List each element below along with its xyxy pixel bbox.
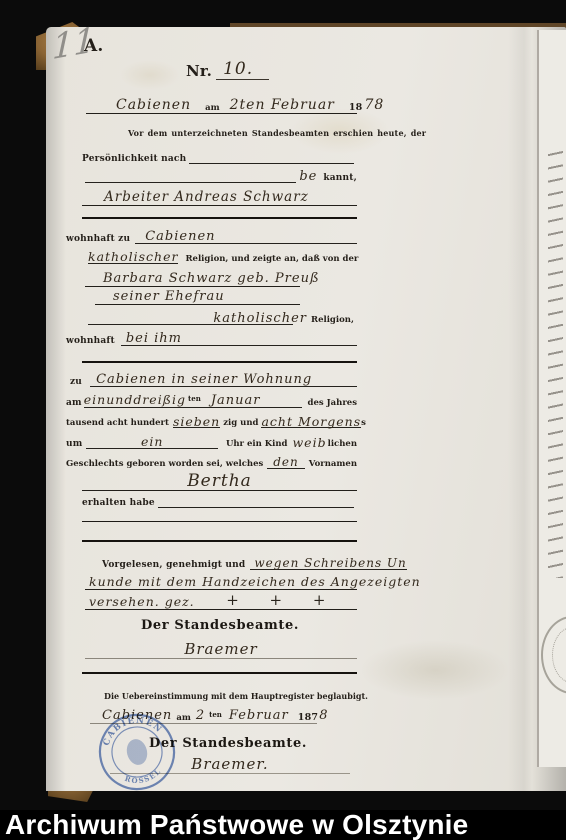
- residence2-handwriting: bei ihm: [126, 331, 182, 346]
- mother-relation-handwriting: seiner Ehefrau: [113, 289, 225, 304]
- certify-ten-printed: ten: [209, 710, 222, 719]
- residence-handwriting: Cabienen: [145, 229, 215, 244]
- year-suffix-printed: s: [361, 418, 366, 428]
- registrar-signature: Braemer: [184, 640, 257, 658]
- officer-title: Der Standesbeamte.: [141, 618, 299, 633]
- religion2-printed: Religion,: [311, 315, 354, 325]
- gender-suffix-printed: lichen: [328, 439, 357, 449]
- time-rule: ein: [86, 434, 217, 449]
- intro-line: Vor dem unterzeichneten Standesbeamten e…: [128, 128, 426, 138]
- closing-line-3: versehen. gez. + + +: [85, 591, 357, 610]
- certification-line: Die Uebereinstimmung mit dem Hauptregist…: [104, 691, 368, 701]
- signature1-line: Braemer: [85, 638, 357, 659]
- blank-rule: [85, 180, 296, 183]
- residence2-line: wohnhaft bei ihm: [66, 328, 357, 346]
- mother-relation-line: seiner Ehefrau: [95, 287, 300, 305]
- certify-year-handwriting: 8: [319, 708, 328, 723]
- am-printed: am: [205, 103, 220, 113]
- mother-handwriting: Barbara Schwarz geb. Preuß: [103, 271, 320, 286]
- blank-rule-thick: [82, 361, 357, 363]
- closing1-handwriting: wegen Schreibens Un: [254, 556, 406, 570]
- zig-und-printed: zig und: [223, 418, 258, 428]
- residence2-label: wohnhaft: [66, 336, 115, 346]
- birth-date-line: am einunddreißig ten Januar des Jahres: [66, 389, 357, 408]
- ten-printed: ten: [188, 394, 201, 403]
- year-handwriting: 78: [364, 97, 384, 113]
- certify-day-handwriting: 2: [196, 708, 205, 723]
- year-decade-rule: sieben: [173, 414, 220, 428]
- religion1-handwriting: katholischer: [88, 249, 178, 264]
- residence-label: wohnhaft zu: [66, 234, 130, 244]
- page-stain: [120, 60, 180, 90]
- closing1-rule: wegen Schreibens Un: [250, 556, 406, 570]
- record-number: 10.: [216, 59, 269, 80]
- stamp-eagle-emblem: [124, 737, 150, 767]
- section-letter: A.: [84, 36, 104, 56]
- certify-printed: Die Uebereinstimmung mit dem Hauptregist…: [104, 691, 368, 701]
- erhalten-printed: erhalten habe: [82, 498, 155, 508]
- birth-place-line: zu Cabienen in seiner Wohnung: [70, 368, 357, 387]
- religion2-line: katholischer Religion,: [88, 307, 357, 325]
- um-printed: um: [66, 439, 82, 449]
- vorgelesen-printed: Vorgelesen, genehmigt und: [102, 560, 245, 570]
- article-rule: den: [267, 455, 305, 469]
- intro-printed: Vor dem unterzeichneten Standesbeamten e…: [128, 128, 426, 138]
- page-stain: [360, 640, 510, 700]
- birth-month-handwriting: Januar: [211, 393, 261, 408]
- residence-line: wohnhaft zu Cabienen: [66, 226, 357, 244]
- residence2-rule: bei ihm: [121, 331, 357, 346]
- blank-rule-thick: [82, 217, 357, 219]
- year-decade-handwriting: sieben: [173, 414, 220, 429]
- closing2-handwriting: kunde mit dem Handzeichen des Angezeigte…: [89, 574, 421, 589]
- form-section-label: A.: [84, 36, 104, 56]
- stamp-arc-bottom-text: RÖSSEL: [122, 765, 165, 789]
- year-prefix-printed: tausend acht hundert: [66, 418, 169, 428]
- mother-line: Barbara Schwarz geb. Preuß: [85, 266, 300, 287]
- uhr-kind-printed: Uhr ein Kind: [226, 439, 288, 449]
- religion2-handwriting: katholischer: [213, 311, 307, 326]
- birth-place-rule: Cabienen in seiner Wohnung: [90, 372, 357, 387]
- birth-zu-printed: zu: [70, 377, 82, 387]
- birth-day-handwriting: einunddreißig: [84, 392, 186, 407]
- child-name-handwriting: Bertha: [187, 471, 252, 491]
- year-printed: 18: [349, 102, 363, 113]
- year-unit-rule: acht Morgens: [261, 414, 361, 428]
- birth-year-line: tausend acht hundert sieben zig und acht…: [66, 410, 357, 428]
- declarant-handwriting: Arbeiter Andreas Schwarz: [104, 189, 309, 205]
- year-unit-handwriting: acht Morgens: [261, 414, 361, 429]
- declarant-line: Arbeiter Andreas Schwarz: [82, 185, 357, 206]
- closing3-handwriting: versehen. gez.: [89, 594, 195, 609]
- religion1-rule: katholischer: [88, 249, 178, 264]
- officer-title-line: Der Standesbeamte.: [150, 618, 290, 633]
- certify-month-handwriting: Februar: [229, 708, 289, 723]
- archive-name: Archiwum Państwowe w Olsztynie: [5, 809, 468, 840]
- religion1-printed: Religion, und zeigte an, daß von der: [185, 254, 358, 264]
- gender-line: Geschlechts geboren worden sei, welches …: [66, 451, 357, 469]
- certify-year-printed: 187: [298, 712, 318, 723]
- blank-rule: [158, 505, 354, 508]
- blank-rule: [82, 520, 357, 522]
- register-book-scan: 11 A. Nr. 10. Cabienen am 2ten Februar 1…: [0, 0, 566, 840]
- witness-marks: + + +: [195, 591, 357, 609]
- erhalten-line: erhalten habe: [82, 491, 357, 508]
- religion2-rule: katholischer: [88, 311, 293, 325]
- known-printed: kannt,: [323, 173, 357, 183]
- closing-line-2: kunde mit dem Handzeichen des Angezeigte…: [85, 571, 357, 590]
- place-handwriting: Cabienen: [116, 97, 191, 113]
- archive-caption-bar: Archiwum Państwowe w Olsztynie: [0, 810, 566, 840]
- time-handwriting: ein: [141, 434, 163, 449]
- record-number-line: Nr. 10.: [186, 54, 269, 80]
- blank-rule: [189, 161, 354, 164]
- svg-text:RÖSSEL: RÖSSEL: [122, 765, 165, 789]
- gender-handwriting: weib: [292, 435, 326, 450]
- certify-am-printed: am: [176, 713, 191, 723]
- identity-line: Persönlichkeit nach: [82, 146, 357, 164]
- blank-rule-thick: [82, 540, 357, 542]
- article-handwriting: den: [273, 455, 299, 469]
- nr-label: Nr.: [186, 62, 212, 80]
- date-handwriting: 2ten Februar: [230, 97, 335, 113]
- des-jahres-printed: des Jahres: [308, 398, 357, 408]
- registrar-signature2: Braemer.: [191, 755, 268, 773]
- residence-rule: Cabienen: [135, 229, 357, 244]
- officer-title2-line: Der Standesbeamte.: [158, 736, 298, 751]
- birth-place-handwriting: Cabienen in seiner Wohnung: [96, 372, 312, 387]
- identity-label: Persönlichkeit nach: [82, 154, 186, 164]
- birth-date-rule: einunddreißig ten Januar: [84, 392, 302, 408]
- known-line: be kannt,: [82, 165, 357, 183]
- birth-am-printed: am: [66, 398, 82, 408]
- birth-time-line: um ein Uhr ein Kind weib lichen: [66, 431, 357, 449]
- adjacent-page-handwriting: [548, 148, 563, 578]
- religion1-line: katholischer Religion, und zeigte an, da…: [88, 246, 357, 264]
- closing-line-1: Vorgelesen, genehmigt und wegen Schreibe…: [102, 551, 357, 570]
- date-line: Cabienen am 2ten Februar 18 78: [86, 88, 357, 114]
- child-name-line: Bertha: [82, 468, 357, 491]
- known-handwriting: be: [299, 169, 317, 184]
- blank-rule-thick: [82, 672, 357, 674]
